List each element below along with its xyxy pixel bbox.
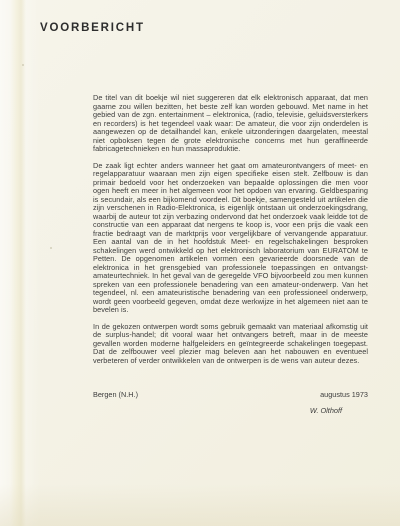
author-row: W. Olthoff [93, 407, 342, 416]
colophon-date: augustus 1973 [320, 391, 368, 400]
paragraph-3: In de gekozen ontwerpen wordt soms gebru… [93, 323, 368, 366]
paragraph-1: De titel van dit boekje wil niet suggere… [93, 94, 368, 154]
foreword-text-block: De titel van dit boekje wil niet suggere… [93, 94, 368, 373]
paragraph-2: De zaak ligt echter anders wanneer het g… [93, 162, 368, 315]
paper-speck [50, 247, 52, 249]
page-title: VOORBERICHT [40, 22, 145, 34]
paper-speck [22, 64, 24, 66]
book-page: VOORBERICHT De titel van dit boekje wil … [0, 0, 400, 526]
colophon-place: Bergen (N.H.) [93, 391, 138, 400]
colophon-row: Bergen (N.H.) augustus 1973 [93, 391, 368, 400]
author-signature: W. Olthoff [310, 406, 342, 415]
